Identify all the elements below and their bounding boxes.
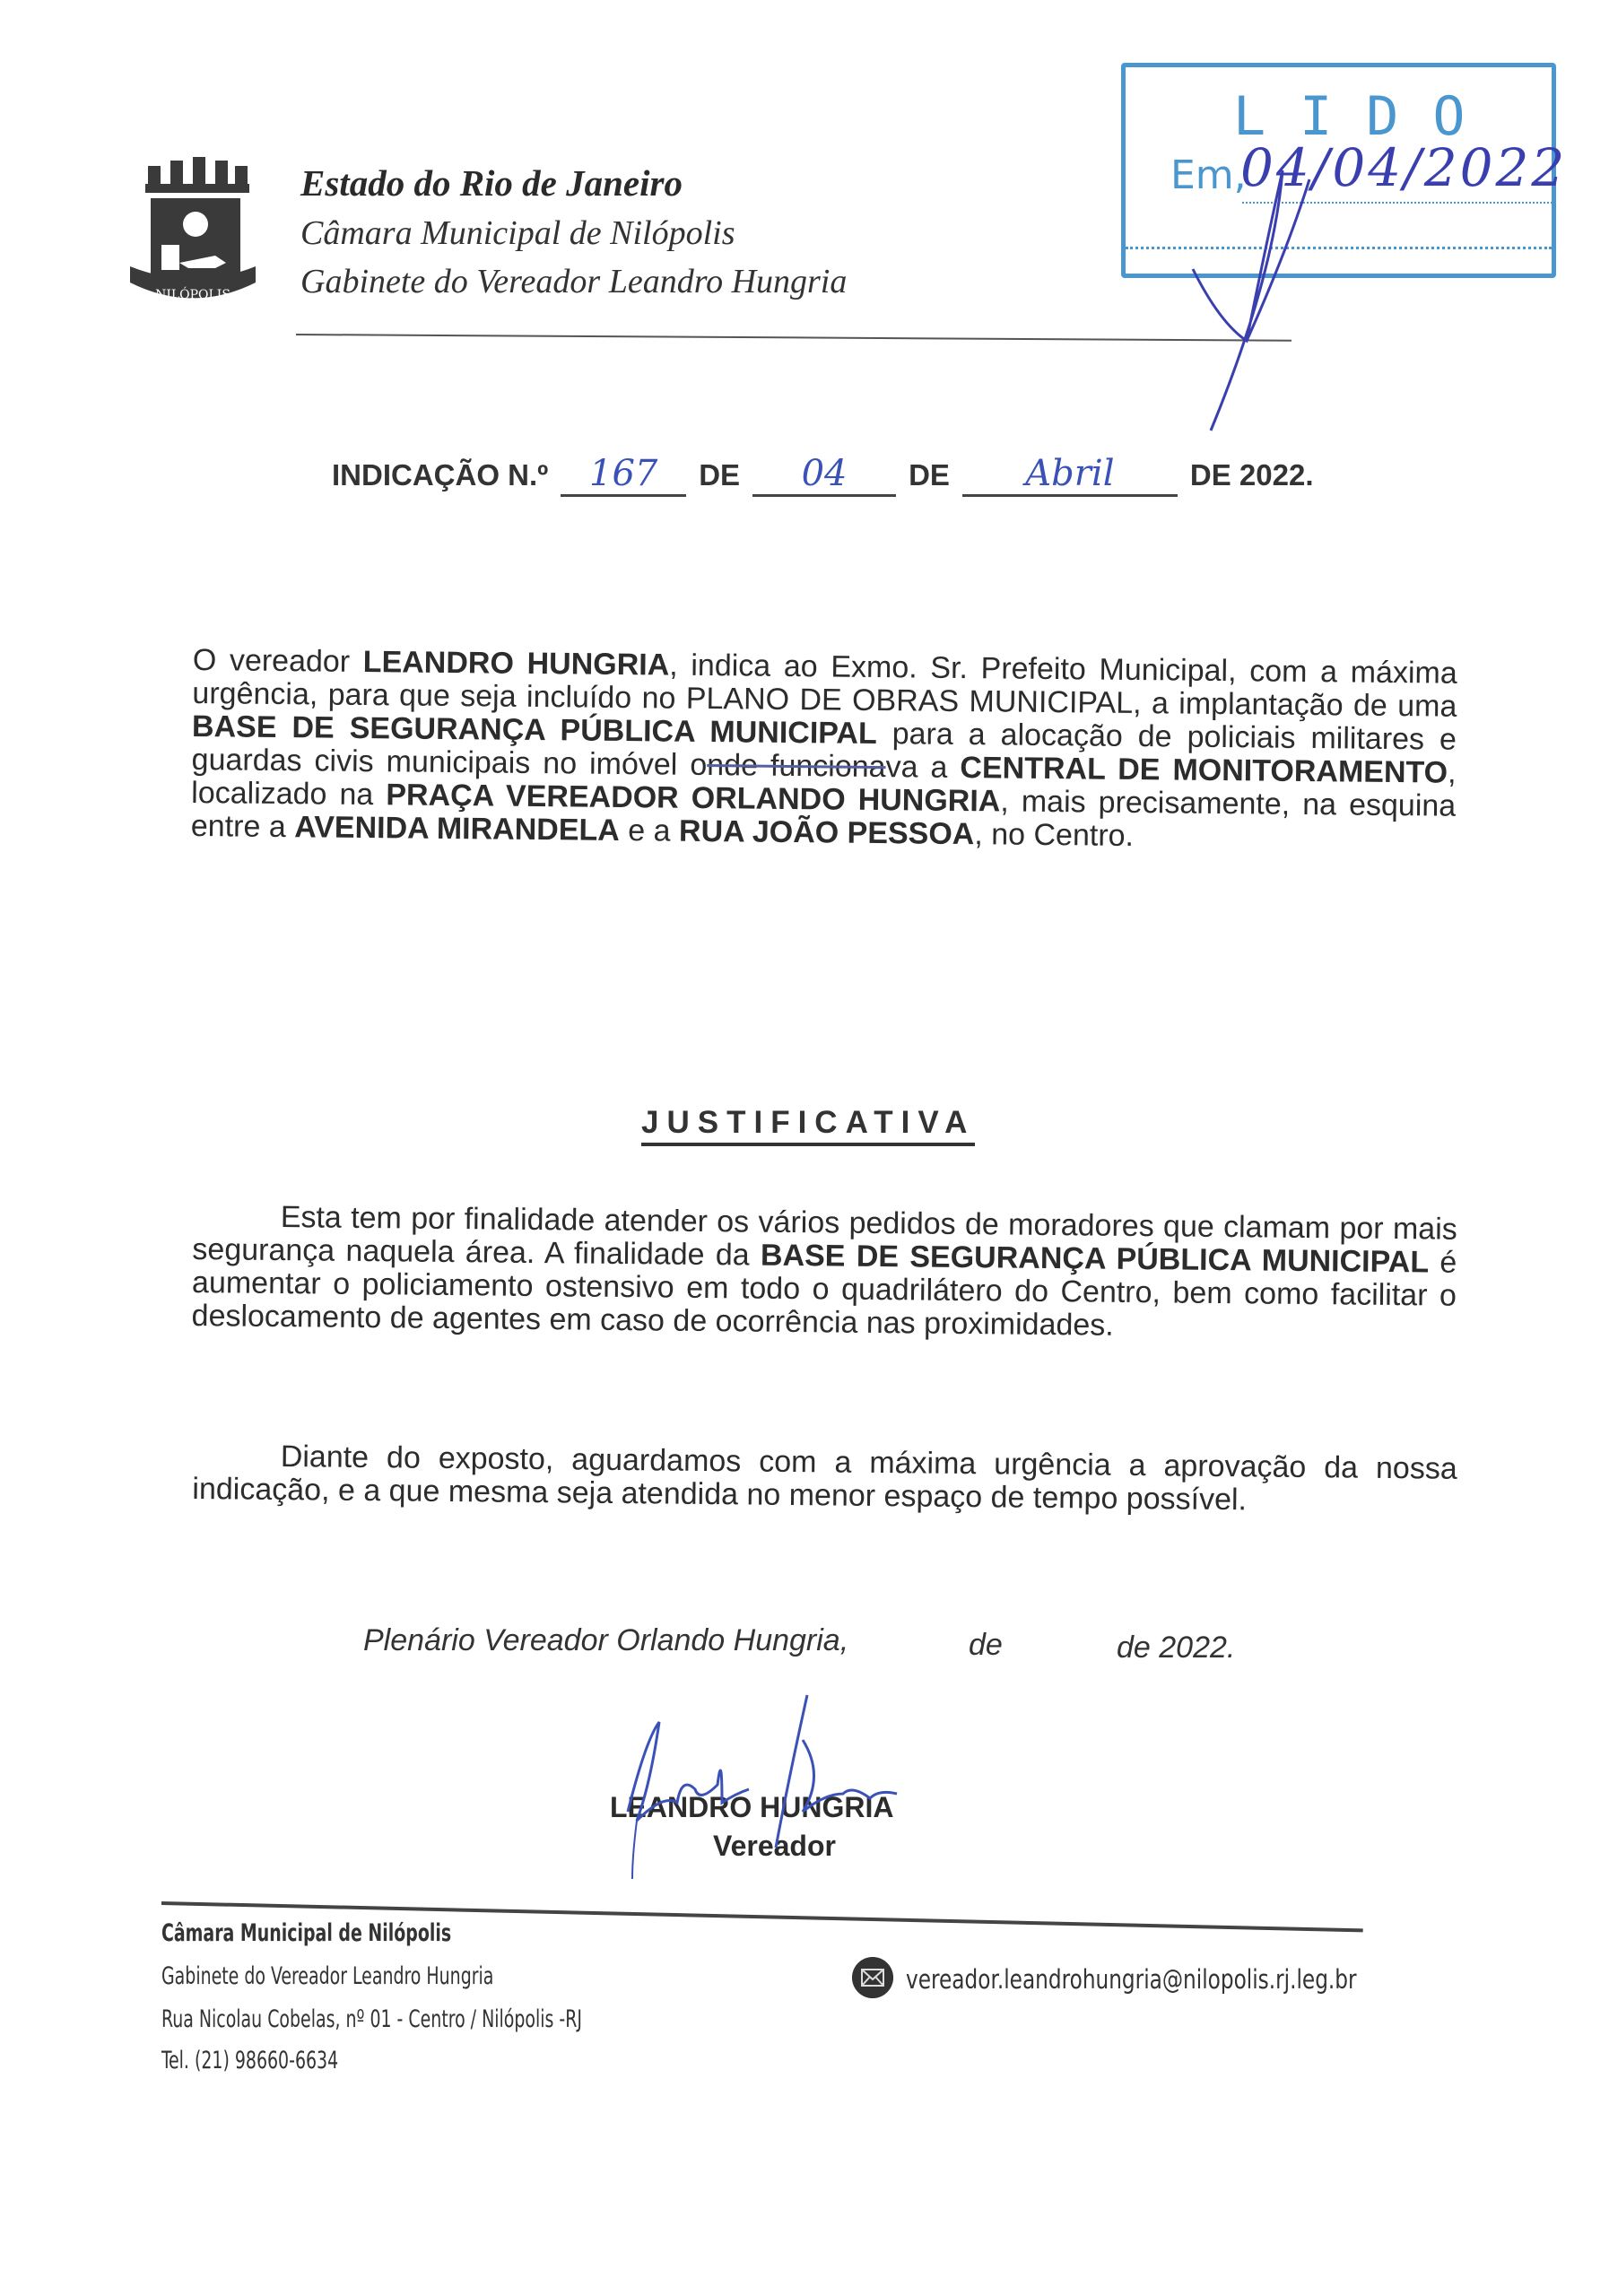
text: va a	[885, 750, 960, 785]
conclusion-paragraph: Diante do exposto, aguardamos com a máxi…	[192, 1439, 1457, 1519]
footer-office: Gabinete do Vereador Leandro Hungria	[161, 1962, 493, 1990]
text: e a	[620, 813, 680, 848]
justificativa-body: Esta tem por finalidade atender os vário…	[191, 1200, 1457, 1346]
handwritten-signature-icon	[610, 1686, 1013, 1892]
indicacao-body: O vereador LEANDRO HUNGRIA, indica ao Ex…	[191, 644, 1457, 857]
closing-year: de 2022.	[1117, 1631, 1235, 1665]
emphasis: AVENIDA MIRANDELA	[294, 810, 620, 848]
emphasis: LEANDRO HUNGRIA	[363, 645, 670, 683]
footer-org: Câmara Municipal de Nilópolis	[161, 1919, 451, 1947]
footer-address: Rua Nicolau Cobelas, nº 01 - Centro / Ni…	[161, 2005, 582, 2033]
indicacao-day: 04	[752, 453, 896, 497]
header-chamber: Câmara Municipal de Nilópolis	[300, 213, 735, 253]
indicacao-de-2: DE	[909, 458, 950, 492]
struck-text: nde funciona	[707, 748, 886, 784]
closing-de: de	[969, 1628, 1003, 1663]
envelope-icon	[852, 1957, 893, 1998]
indicacao-number: 167	[561, 453, 686, 497]
indicacao-month: Abril	[962, 453, 1178, 497]
justificativa-heading: JUSTIFICATIVA	[641, 1105, 975, 1146]
text: Diante do exposto, aguardamos com a máxi…	[192, 1439, 1457, 1517]
indicacao-label: INDICAÇÃO N.º	[332, 458, 548, 492]
indicacao-de-1: DE	[699, 458, 740, 492]
footer-phone: Tel. (21) 98660-6634	[161, 2047, 338, 2074]
emphasis: RUA JOÃO PESSOA	[679, 814, 975, 851]
indicacao-line: INDICAÇÃO N.º 167 DE 04 DE Abril DE 2022…	[332, 453, 1314, 497]
handwritten-initial-icon	[1184, 143, 1327, 448]
header-divider	[296, 334, 1292, 342]
indicacao-year: DE 2022.	[1190, 458, 1314, 492]
svg-text:NILÓPOLIS: NILÓPOLIS	[155, 286, 230, 302]
text: , no Centro.	[974, 817, 1134, 853]
footer-email[interactable]: vereador.leandrohungria@nilopolis.rj.leg…	[906, 1964, 1357, 1995]
closing-place: Plenário Vereador Orlando Hungria,	[363, 1623, 848, 1658]
text: O vereador	[193, 643, 363, 679]
header-state: Estado do Rio de Janeiro	[300, 161, 683, 204]
coat-of-arms-icon: NILÓPOLIS	[126, 157, 260, 314]
header-office: Gabinete do Vereador Leandro Hungria	[300, 262, 847, 301]
